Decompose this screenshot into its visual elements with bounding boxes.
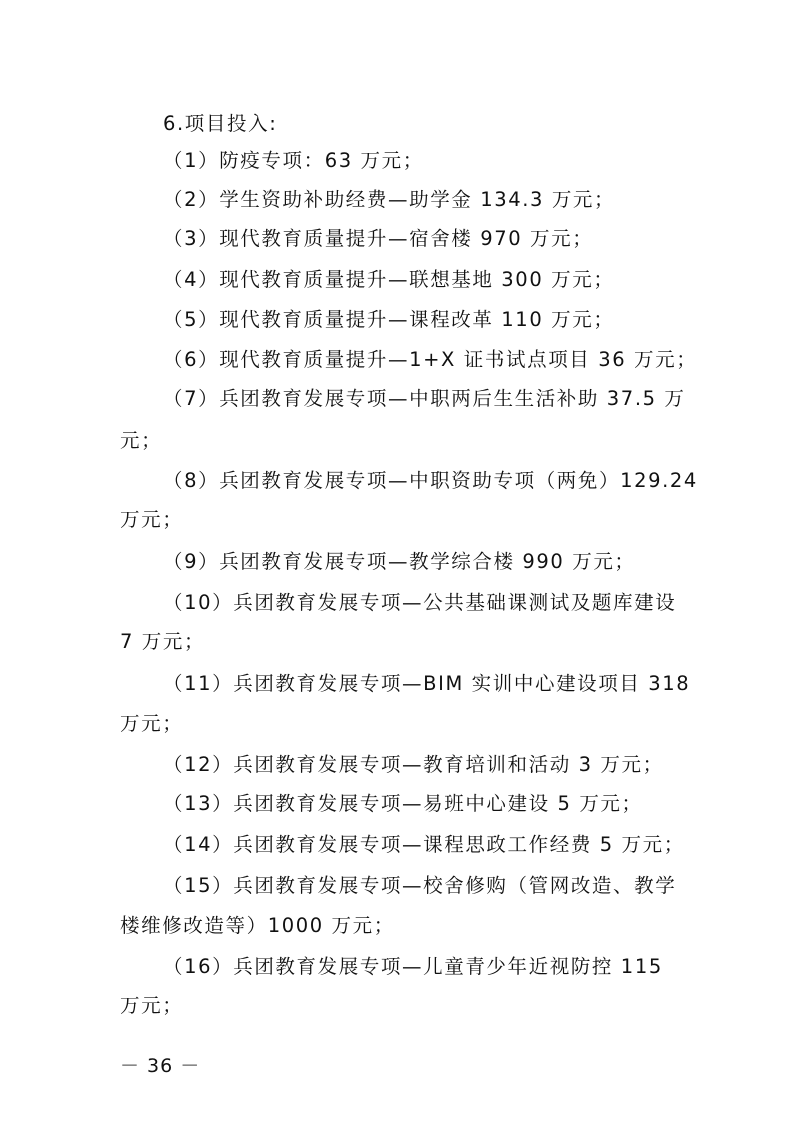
list-item: （13）兵团教育发展专项—易班中心建设 5 万元； <box>163 792 723 816</box>
list-item: （6）现代教育质量提升—1+X 证书试点项目 36 万元； <box>163 348 723 372</box>
list-item: （11）兵团教育发展专项—BIM 实训中心建设项目 318 <box>163 672 723 696</box>
list-item: （7）兵团教育发展专项—中职两后生生活补助 37.5 万 <box>163 387 723 411</box>
list-item-continuation: 万元； <box>120 508 680 532</box>
list-item-continuation: 元； <box>120 429 680 453</box>
list-item: （9）兵团教育发展专项—教学综合楼 990 万元； <box>163 550 723 574</box>
list-item: （12）兵团教育发展专项—教育培训和活动 3 万元； <box>163 753 723 777</box>
list-item: （16）兵团教育发展专项—儿童青少年近视防控 115 <box>163 955 723 979</box>
list-item: （2）学生资助补助经费—助学金 134.3 万元； <box>163 188 723 212</box>
list-item: （8）兵团教育发展专项—中职资助专项（两免）129.24 <box>163 469 723 493</box>
list-item-continuation: 7 万元； <box>120 630 680 654</box>
list-item: （5）现代教育质量提升—课程改革 110 万元； <box>163 308 723 332</box>
list-item: （3）现代教育质量提升—宿舍楼 970 万元； <box>163 227 723 251</box>
list-item: （10）兵团教育发展专项—公共基础课测试及题库建设 <box>163 591 723 615</box>
list-item: （15）兵团教育发展专项—校舍修购（管网改造、教学 <box>163 874 723 898</box>
list-item: （4）现代教育质量提升—联想基地 300 万元； <box>163 268 723 292</box>
list-item: （14）兵团教育发展专项—课程思政工作经费 5 万元； <box>163 833 723 857</box>
section-heading: 6.项目投入: <box>163 112 723 136</box>
list-item-continuation: 万元； <box>120 994 680 1018</box>
list-item: （1）防疫专项：63 万元； <box>163 149 723 173</box>
list-item-continuation: 万元； <box>120 712 680 736</box>
page-number: － 36 － <box>120 1051 200 1078</box>
list-item-continuation: 楼维修改造等）1000 万元； <box>120 914 680 938</box>
